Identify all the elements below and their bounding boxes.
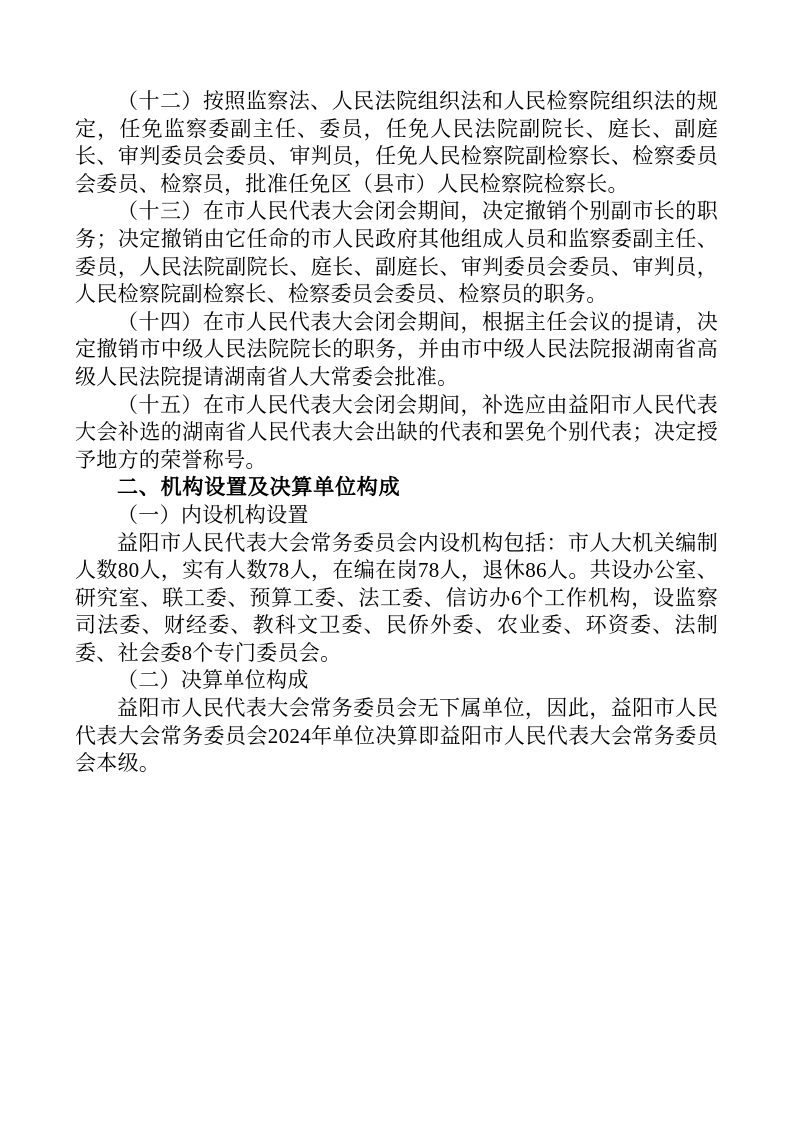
- paragraph-item-12: （十二）按照监察法、人民法院组织法和人民检察院组织法的规定，任免监察委副主任、委…: [75, 88, 718, 198]
- document-page: （十二）按照监察法、人民法院组织法和人民检察院组织法的规定，任免监察委副主任、委…: [0, 0, 793, 1122]
- section-heading-org-setup: 二、机构设置及决算单位构成: [75, 474, 718, 502]
- paragraph-item-14: （十四）在市人民代表大会闭会期间，根据主任会议的提请，决定撤销市中级人民法院院长…: [75, 309, 718, 392]
- paragraph-internal-org-detail: 益阳市人民代表大会常务委员会内设机构包括：市人大机关编制人数80人，实有人数78…: [75, 530, 718, 668]
- subsection-heading-unit-composition: （二）决算单位构成: [75, 667, 718, 695]
- paragraph-unit-composition-detail: 益阳市人民代表大会常务委员会无下属单位，因此，益阳市人民代表大会常务委员会202…: [75, 695, 718, 778]
- subsection-heading-internal-org: （一）内设机构设置: [75, 502, 718, 530]
- document-body: （十二）按照监察法、人民法院组织法和人民检察院组织法的规定，任免监察委副主任、委…: [75, 88, 718, 778]
- paragraph-item-15: （十五）在市人民代表大会闭会期间，补选应由益阳市人民代表大会补选的湖南省人民代表…: [75, 392, 718, 475]
- paragraph-item-13: （十三）在市人民代表大会闭会期间，决定撤销个别副市长的职务；决定撤销由它任命的市…: [75, 198, 718, 308]
